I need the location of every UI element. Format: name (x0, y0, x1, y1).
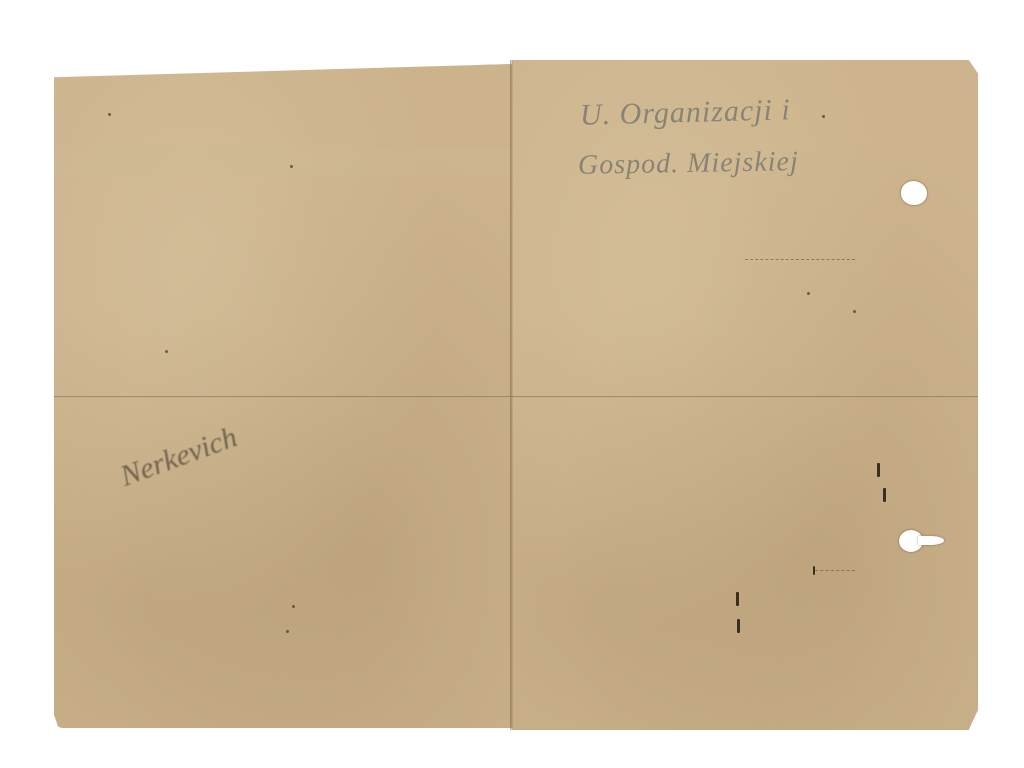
paper-speck (853, 310, 856, 313)
staple-slot-icon (813, 566, 815, 575)
paper-speck (822, 115, 825, 118)
paper-speck (108, 113, 111, 116)
dashed-line (745, 259, 855, 261)
paper-speck (165, 350, 168, 353)
staple-slot-icon (883, 488, 886, 502)
staple-slot-icon (877, 463, 880, 477)
vertical-fold-line (510, 60, 513, 730)
handwritten-line-2: Gospod. Miejskiej (578, 146, 799, 182)
horizontal-fold-line (54, 396, 978, 398)
discolored-band (54, 150, 512, 176)
punch-hole-icon (901, 181, 927, 205)
paper-speck (292, 605, 295, 608)
staple-slot-icon (737, 619, 740, 633)
paper-speck (286, 630, 289, 633)
handwritten-line-1: U. Organizacji i (580, 93, 792, 133)
punch-hole-tear (918, 536, 944, 545)
dashed-line (815, 570, 855, 572)
paper-speck (807, 292, 810, 295)
staple-slot-icon (736, 592, 739, 606)
paper-speck (290, 165, 293, 168)
